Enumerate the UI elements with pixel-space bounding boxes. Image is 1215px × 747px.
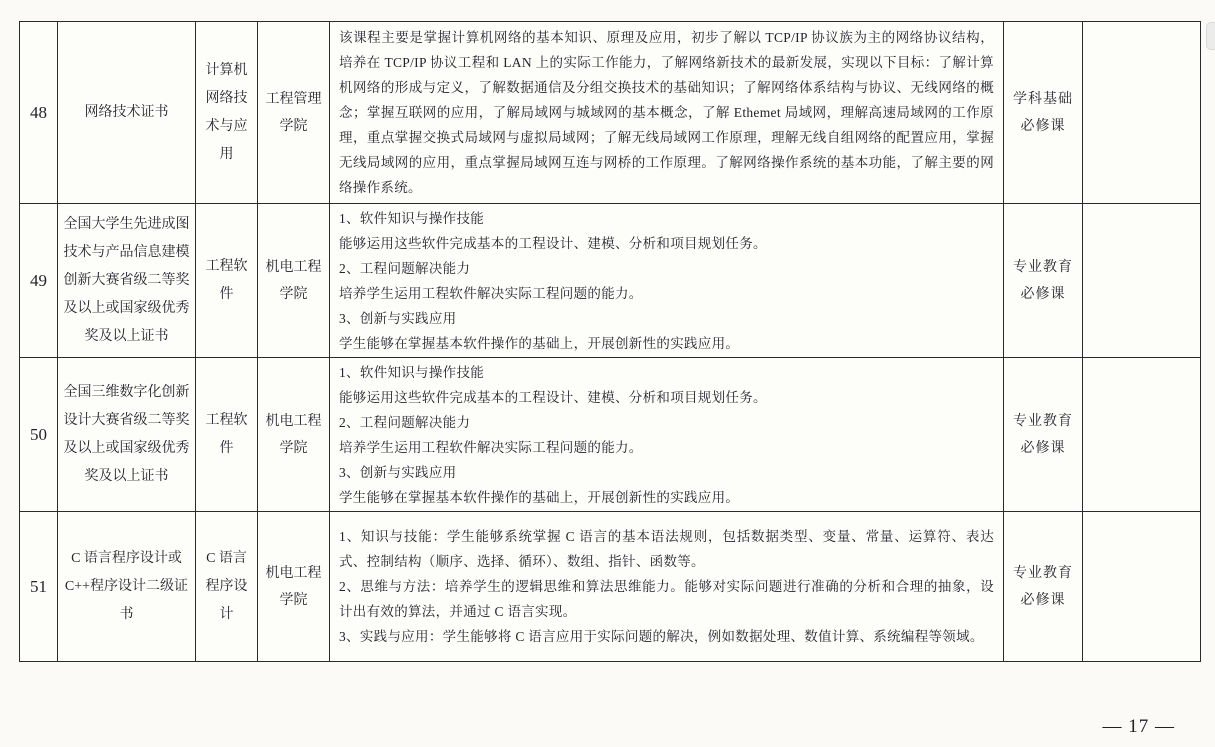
certificate-cell: 全国三维数字化创新设计大赛省级二等奖及以上或国家级优秀奖及以上证书 <box>58 358 196 512</box>
page-number: — 17 — <box>1103 716 1176 738</box>
certificate-cell: 网络技术证书 <box>58 22 196 204</box>
empty-cell <box>1083 512 1201 662</box>
empty-cell <box>1083 204 1201 358</box>
table-row: 50 全国三维数字化创新设计大赛省级二等奖及以上或国家级优秀奖及以上证书 工程软… <box>20 358 1201 512</box>
scrollbar-thumb[interactable] <box>1206 22 1215 50</box>
table-row: 49 全国大学生先进成图技术与产品信息建模创新大赛省级二等奖及以上或国家级优秀奖… <box>20 204 1201 358</box>
course-type-cell: 学科基础必修课 <box>1004 22 1083 204</box>
empty-cell <box>1083 22 1201 204</box>
course-type-cell: 专业教育必修课 <box>1004 512 1083 662</box>
empty-cell <box>1083 358 1201 512</box>
description-cell: 1、知识与技能：学生能够系统掌握 C 语言的基本语法规则，包括数据类型、变量、常… <box>330 512 1004 662</box>
row-number-cell: 49 <box>20 204 58 358</box>
college-cell: 机电工程学院 <box>258 358 330 512</box>
row-number-cell: 50 <box>20 358 58 512</box>
document-page: 48 网络技术证书 计算机网络技术与应用 工程管理学院 该课程主要是掌握计算机网… <box>0 0 1215 747</box>
certificate-course-table: 48 网络技术证书 计算机网络技术与应用 工程管理学院 该课程主要是掌握计算机网… <box>19 21 1201 662</box>
course-cell: 工程软件 <box>196 358 258 512</box>
course-type-cell: 专业教育必修课 <box>1004 204 1083 358</box>
description-cell: 该课程主要是掌握计算机网络的基本知识、原理及应用，初步了解以 TCP/IP 协议… <box>330 22 1004 204</box>
course-cell: 计算机网络技术与应用 <box>196 22 258 204</box>
certificate-cell: C 语言程序设计或C++程序设计二级证书 <box>58 512 196 662</box>
course-cell: C 语言程序设计 <box>196 512 258 662</box>
description-cell: 1、软件知识与操作技能 能够运用这些软件完成基本的工程设计、建模、分析和项目规划… <box>330 358 1004 512</box>
certificate-cell: 全国大学生先进成图技术与产品信息建模创新大赛省级二等奖及以上或国家级优秀奖及以上… <box>58 204 196 358</box>
college-cell: 机电工程学院 <box>258 204 330 358</box>
row-number-cell: 48 <box>20 22 58 204</box>
course-cell: 工程软件 <box>196 204 258 358</box>
table-row: 48 网络技术证书 计算机网络技术与应用 工程管理学院 该课程主要是掌握计算机网… <box>20 22 1201 204</box>
row-number-cell: 51 <box>20 512 58 662</box>
table-row: 51 C 语言程序设计或C++程序设计二级证书 C 语言程序设计 机电工程学院 … <box>20 512 1201 662</box>
course-type-cell: 专业教育必修课 <box>1004 358 1083 512</box>
description-cell: 1、软件知识与操作技能 能够运用这些软件完成基本的工程设计、建模、分析和项目规划… <box>330 204 1004 358</box>
college-cell: 机电工程学院 <box>258 512 330 662</box>
college-cell: 工程管理学院 <box>258 22 330 204</box>
